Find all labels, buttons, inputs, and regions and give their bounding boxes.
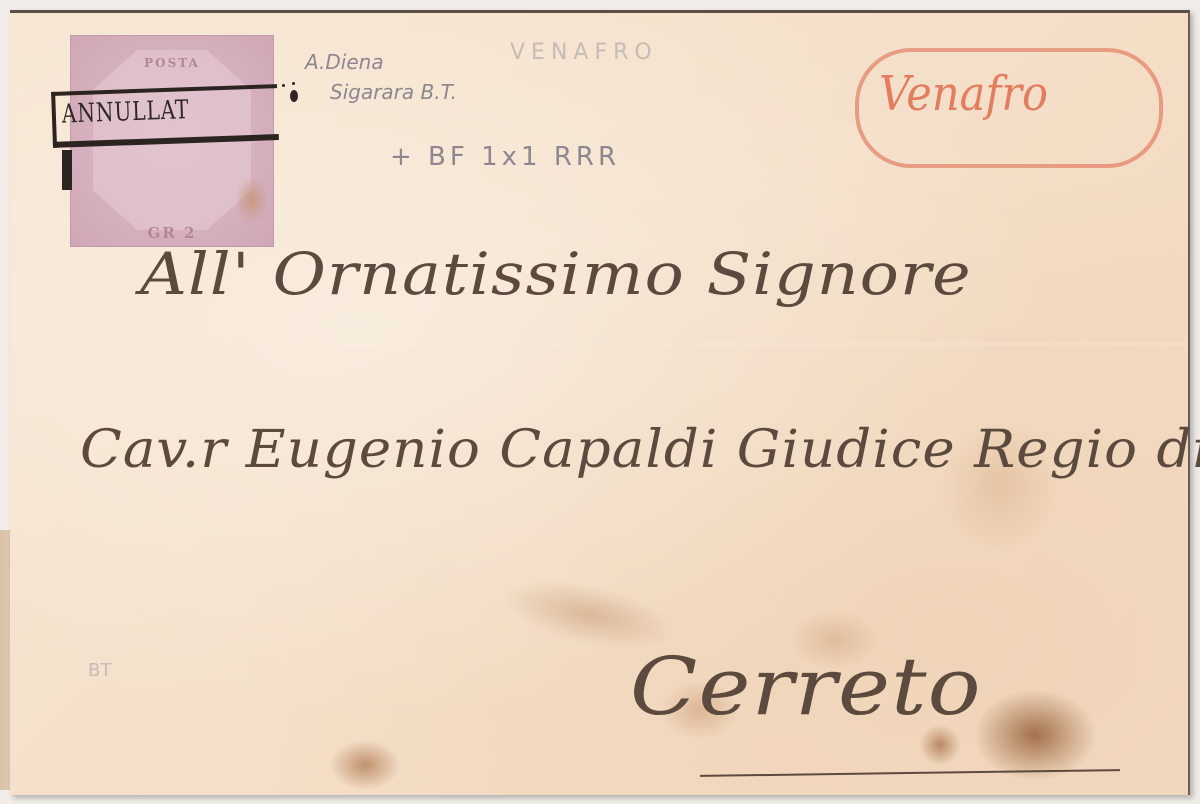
pencil-signature: A.Diena bbox=[305, 50, 384, 74]
pencil-note-1: Sigarara B.T. bbox=[330, 80, 457, 104]
fold-line bbox=[10, 343, 1188, 345]
address-line-2: Cav.r Eugenio Capaldi Giudice Regio di bbox=[80, 420, 1200, 480]
stain bbox=[975, 690, 1095, 780]
pencil-note-2: + BF 1x1 RRR bbox=[390, 142, 620, 172]
address-line-1: All' Ornatissimo Signore bbox=[140, 240, 972, 308]
pencil-faint-note: VENAFRO bbox=[510, 40, 658, 65]
annullato-cancel: ANNULLAT bbox=[51, 84, 279, 148]
stamp-top-text: POSTA bbox=[71, 56, 273, 70]
pencil-bt-mark: BT bbox=[88, 660, 111, 681]
address-destination: Cerreto bbox=[630, 640, 982, 733]
venafro-postmark: Venafro bbox=[855, 48, 1163, 168]
stain bbox=[330, 740, 400, 790]
cancel-text: ANNULLAT bbox=[61, 95, 189, 129]
postmark-text: Venafro bbox=[879, 66, 1048, 122]
cancel-ink-smear bbox=[62, 150, 72, 190]
stain bbox=[235, 176, 269, 224]
